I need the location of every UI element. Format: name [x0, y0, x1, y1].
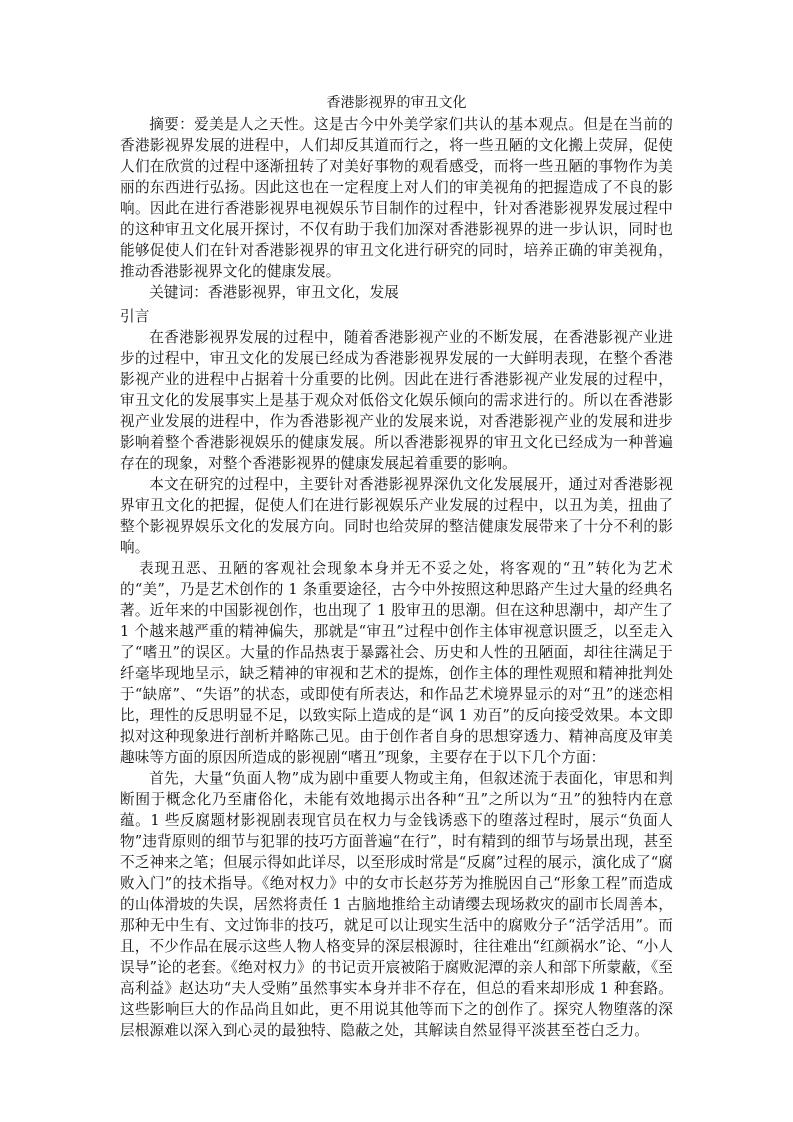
body-paragraph-2: 本文在研究的过程中，主要针对香港影视界深仇文化发展展开，通过对香港影视界审丑文化…: [120, 474, 673, 558]
keywords-line: 关键词：香港影视界，审丑文化，发展: [120, 282, 673, 303]
body-paragraph-4: 首先，大量“负面人物”成为剧中重要人物或主角，但叙述流于表面化，审思和判断囿于概…: [120, 768, 673, 1041]
body-paragraph-1: 在香港影视界发展的过程中，随着香港影视产业的不断发展，在香港影视产业进步的过程中…: [120, 327, 673, 474]
document-page: 香港影视界的审丑文化 摘要：爱美是人之天性。这是古今中外美学家们共认的基本观点。…: [120, 93, 673, 1041]
section-heading-introduction: 引言: [120, 306, 673, 327]
body-paragraph-3: 表现丑恶、丑陋的客观社会现象本身并无不妥之处，将客观的“丑”转化为艺术的“美”，…: [120, 558, 673, 768]
abstract-paragraph: 摘要：爱美是人之天性。这是古今中外美学家们共认的基本观点。但是在当前的香港影视界…: [120, 114, 673, 282]
document-title: 香港影视界的审丑文化: [120, 93, 673, 114]
